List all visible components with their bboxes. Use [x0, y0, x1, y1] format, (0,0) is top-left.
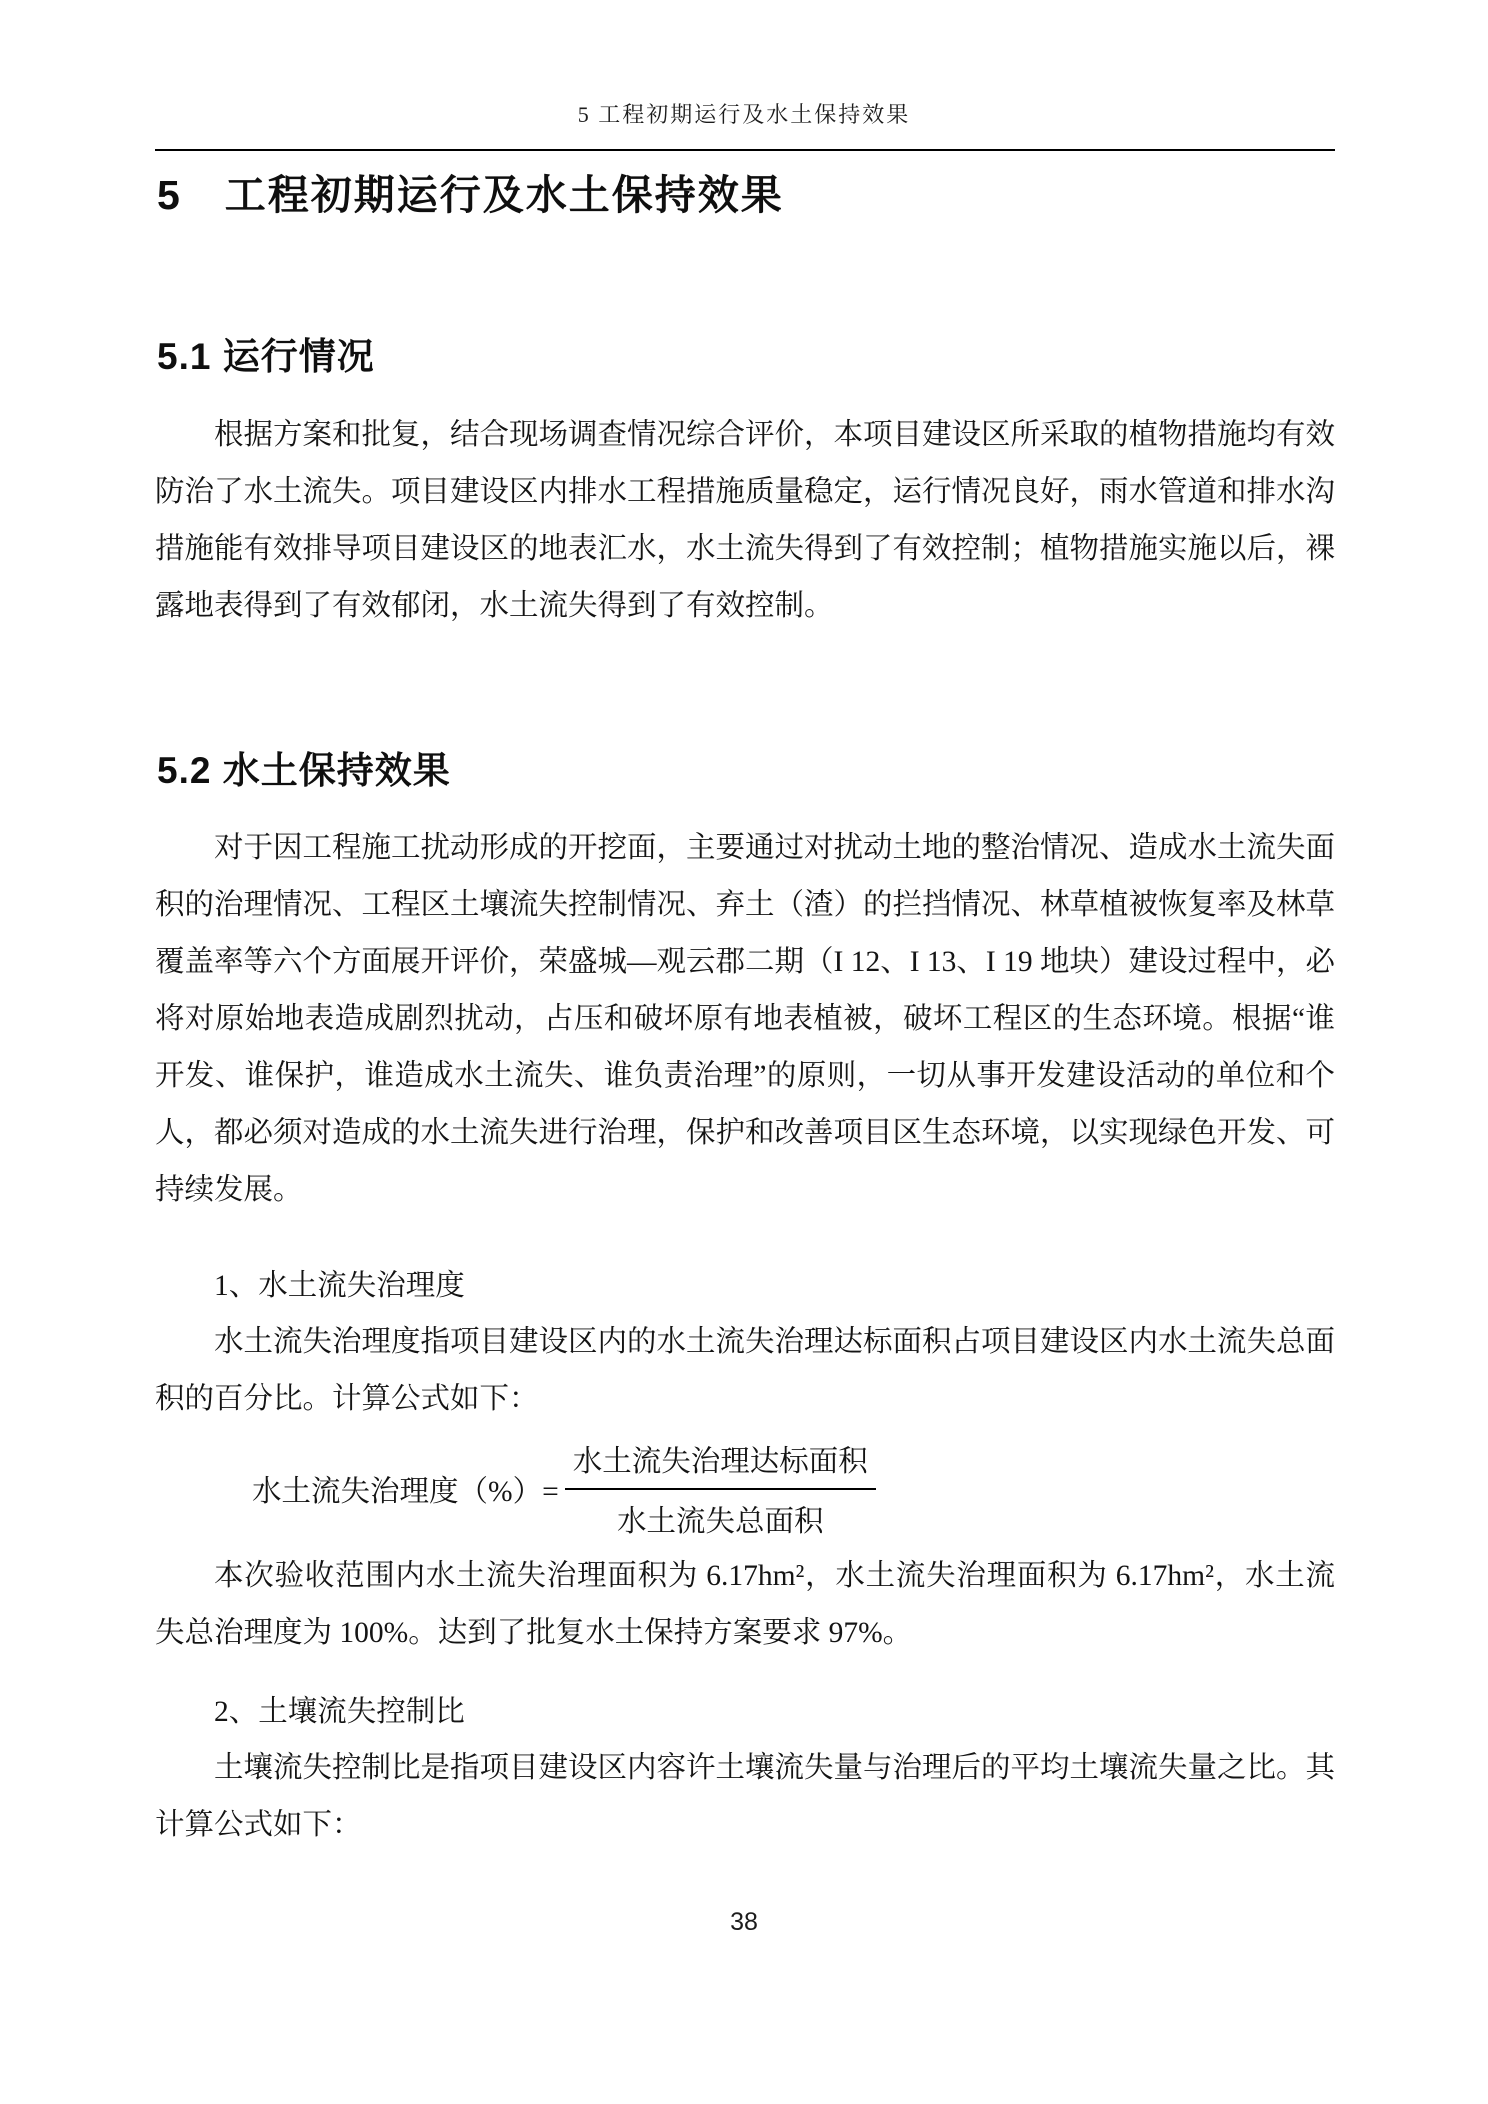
- chapter-title: 5 工程初期运行及水土保持效果: [157, 162, 784, 221]
- section-heading-5-1: 5.1 运行情况: [157, 326, 375, 380]
- list-item-soil-loss-control-ratio: 2、土壤流失控制比: [155, 1684, 1335, 1741]
- formula-control-degree: 水土流失治理度（%）= 水土流失治理达标面积 水土流失总面积: [252, 1438, 876, 1540]
- paragraph-conservation-effect: 对于因工程施工扰动形成的开挖面，主要通过对扰动土地的整治情况、造成水土流失面积的…: [155, 820, 1335, 1219]
- header-divider: [155, 149, 1335, 151]
- list-item-soil-erosion-control-degree: 1、水土流失治理度: [155, 1258, 1335, 1315]
- document-page: 5 工程初期运行及水土保持效果 5 工程初期运行及水土保持效果 5.1 运行情况…: [0, 0, 1488, 2104]
- formula-denominator: 水土流失总面积: [565, 1490, 876, 1540]
- page-header: 5 工程初期运行及水土保持效果: [0, 98, 1488, 129]
- section-heading-5-2: 5.2 水土保持效果: [157, 740, 451, 794]
- page-number: 38: [0, 1908, 1488, 1937]
- paragraph-operation-status: 根据方案和批复，结合现场调查情况综合评价，本项目建设区所采取的植物措施均有效防治…: [155, 407, 1335, 635]
- paragraph-control-degree-definition: 水土流失治理度指项目建设区内的水土流失治理达标面积占项目建设区内水土流失总面积的…: [155, 1314, 1335, 1428]
- paragraph-control-ratio-definition: 土壤流失控制比是指项目建设区内容许土壤流失量与治理后的平均土壤流失量之比。其计算…: [155, 1740, 1335, 1854]
- formula-numerator: 水土流失治理达标面积: [565, 1438, 876, 1490]
- paragraph-control-degree-result: 本次验收范围内水土流失治理面积为 6.17hm²，水土流失治理面积为 6.17h…: [155, 1548, 1335, 1662]
- formula-lhs: 水土流失治理度（%）=: [252, 1468, 559, 1510]
- formula-fraction: 水土流失治理达标面积 水土流失总面积: [565, 1438, 876, 1540]
